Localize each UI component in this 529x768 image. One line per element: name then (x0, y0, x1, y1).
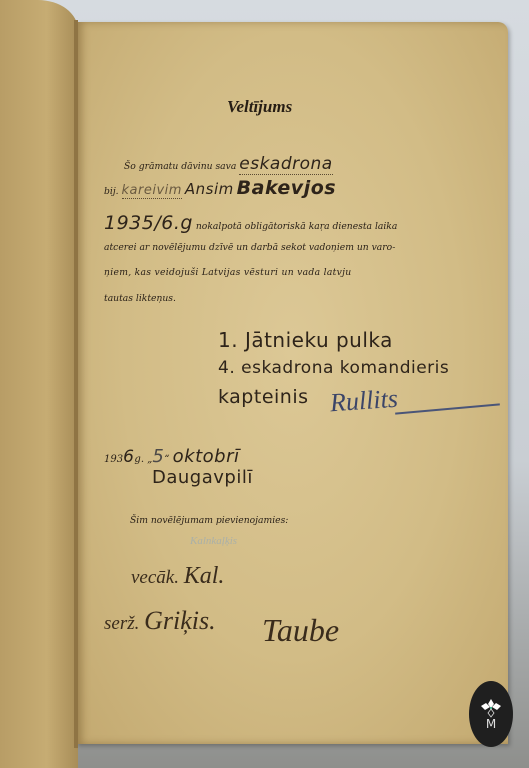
line2-hand-b: Ansim (185, 180, 234, 198)
ornament-icon (479, 698, 503, 718)
date-year-printed: 193 (104, 454, 123, 465)
line2-printed: bij. (104, 186, 119, 197)
date-day: 5 (152, 446, 164, 467)
date-month: oktobrī (173, 446, 240, 467)
signer1-rank: vecāk. (131, 567, 179, 588)
date-year-hand: 6 (123, 447, 134, 467)
commander-signature: Rullits (329, 384, 399, 419)
line6: tautas likteņus. (104, 293, 176, 304)
line2-hand-c: Bakevjos (237, 177, 336, 199)
signer2: serž. Griķis. (104, 606, 216, 636)
date-close: “ (164, 454, 169, 465)
sign-line3: kapteinis (218, 386, 309, 408)
line3-printed: nokalpotā obligātoriskā kaŗa dienesta la… (196, 221, 397, 232)
line3: 1935/6.g nokalpotā obligātoriskā kaŗa di… (104, 212, 397, 234)
line1-hand: eskadrona (239, 154, 332, 175)
signer2-name: Griķis. (144, 606, 216, 635)
line3-hand: 1935/6.g (104, 212, 193, 234)
watermark-letter: M (486, 718, 496, 730)
sign-line1: 1. Jātnieku pulka (218, 328, 393, 352)
watermark-badge: M (469, 681, 513, 747)
book-gutter (74, 20, 78, 748)
line4: atcerei ar novēlējumu dzīvē un darbā sek… (104, 242, 395, 253)
line2-hand-a: kareivim (122, 183, 182, 199)
line5: ņiem, kas veidojuši Latvijas vēsturi un … (104, 267, 351, 278)
left-page (0, 0, 78, 768)
place: Daugavpilī (152, 467, 253, 488)
date-line: 1936g. „5“ oktobrī (104, 446, 239, 467)
joined-label: Šim novēlējumam pievienojamies: (130, 515, 288, 526)
signer2-rank: serž. (104, 613, 139, 634)
line1: Šo grāmatu dāvinu sava eskadrona (124, 154, 333, 175)
signer1: vecāk. Kal. (131, 563, 224, 590)
date-g: g. „ (134, 454, 152, 465)
signer3-name: Taube (262, 612, 339, 649)
sign-line2: 4. eskadrona komandieris (218, 358, 449, 378)
signer1-name: Kal. (184, 563, 225, 589)
faint-signature: Kalnkaļķis (190, 535, 237, 547)
line2: bij. kareivim Ansim Bakevjos (104, 177, 336, 199)
line1-printed: Šo grāmatu dāvinu sava (124, 161, 236, 172)
dedication-title: Veltījums (227, 97, 292, 117)
